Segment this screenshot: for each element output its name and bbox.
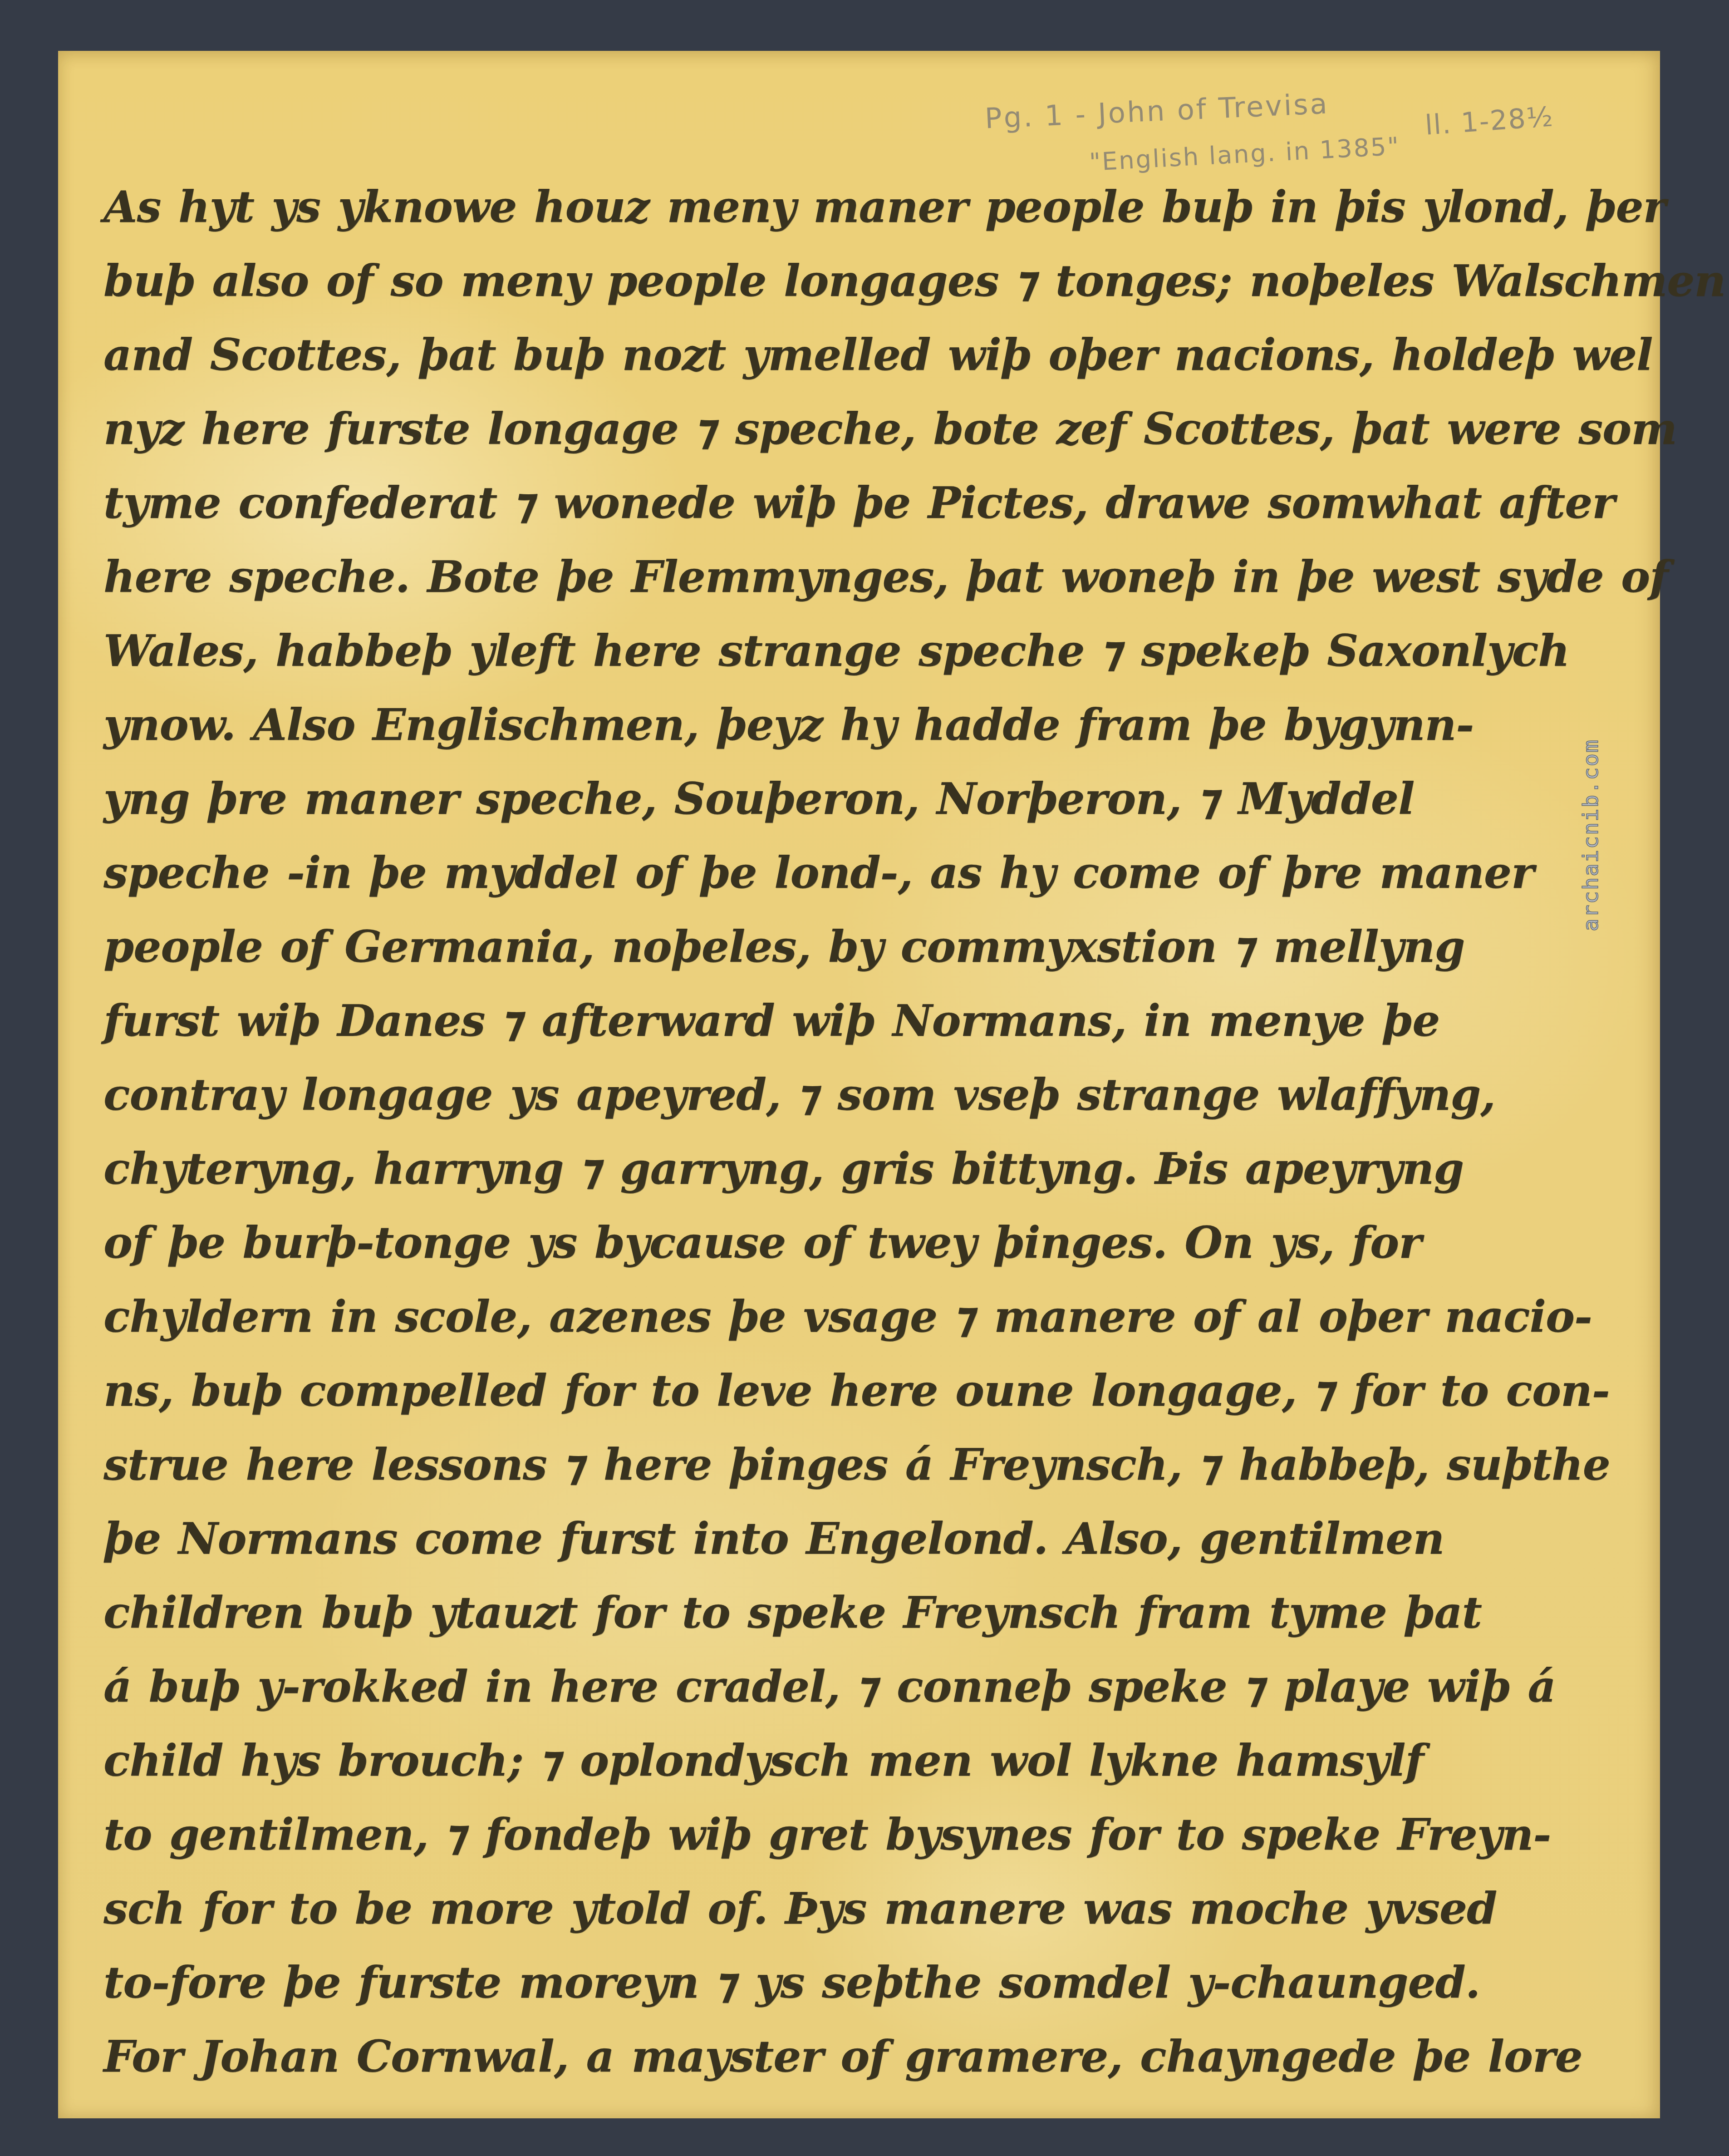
manuscript-line: Wales, habbeþ yleft here strange speche … [103, 614, 1624, 688]
manuscript-line: strue here lessons ⁊ here þinges á Freyn… [103, 1427, 1624, 1501]
scanned-screenshot: { "page": { "background_color": "#353b47… [0, 0, 1729, 2156]
manuscript-line: á buþ y-rokked in here cradel, ⁊ conneþ … [103, 1649, 1624, 1723]
manuscript-line: and Scottes, þat buþ nozt ymelled wiþ oþ… [103, 318, 1624, 392]
manuscript-line: ynow. Also Englischmen, þeyz hy hadde fr… [103, 688, 1624, 762]
manuscript-line: nyz here furste longage ⁊ speche, bote z… [103, 392, 1624, 466]
manuscript-line: buþ also of so meny people longages ⁊ to… [103, 244, 1624, 318]
manuscript-line: speche -in þe myddel of þe lond-, as hy … [103, 836, 1624, 910]
manuscript-line: chyteryng, harryng ⁊ garryng, gris bitty… [103, 1132, 1624, 1206]
manuscript-line: tyme confederat ⁊ wonede wiþ þe Pictes, … [103, 466, 1624, 540]
manuscript-line: people of Germania, noþeles, by commyxst… [103, 910, 1624, 984]
manuscript-line: here speche. Bote þe Flemmynges, þat won… [103, 540, 1624, 614]
manuscript-text-block: As hyt ys yknowe houz meny maner people … [103, 170, 1624, 2093]
manuscript-line: sch for to be more ytold of. Þys manere … [103, 1871, 1624, 1945]
manuscript-line: chyldern in scole, azenes þe vsage ⁊ man… [103, 1280, 1624, 1354]
manuscript-line: of þe burþ-tonge ys bycause of twey þing… [103, 1206, 1624, 1280]
manuscript-line: For Johan Cornwal, a mayster of gramere,… [103, 2019, 1624, 2093]
manuscript-line: ns, buþ compelled for to leve here oune … [103, 1354, 1624, 1427]
manuscript-line: As hyt ys yknowe houz meny maner people … [103, 170, 1624, 244]
manuscript-line: þe Normans come furst into Engelond. Als… [103, 1501, 1624, 1575]
manuscript-line: children buþ ytauzt for to speke Freynsc… [103, 1575, 1624, 1649]
manuscript-line: yng þre maner speche, Souþeron, Norþeron… [103, 762, 1624, 836]
manuscript-line: furst wiþ Danes ⁊ afterward wiþ Normans,… [103, 984, 1624, 1058]
manuscript-line: to gentilmen, ⁊ fondeþ wiþ gret bysynes … [103, 1797, 1624, 1871]
manuscript-line: child hys brouch; ⁊ oplondysch men wol l… [103, 1723, 1624, 1797]
pencil-annotation-title: Pg. 1 - John of Trevisa [984, 87, 1330, 135]
parchment-page: Pg. 1 - John of Trevisa "English lang. i… [58, 51, 1660, 2118]
pencil-annotation-line-range: ll. 1-28½ [1424, 101, 1555, 142]
manuscript-line: contray longage ys apeyred, ⁊ som vseþ s… [103, 1058, 1624, 1132]
manuscript-line: to-fore þe furste moreyn ⁊ ys seþthe som… [103, 1945, 1624, 2019]
